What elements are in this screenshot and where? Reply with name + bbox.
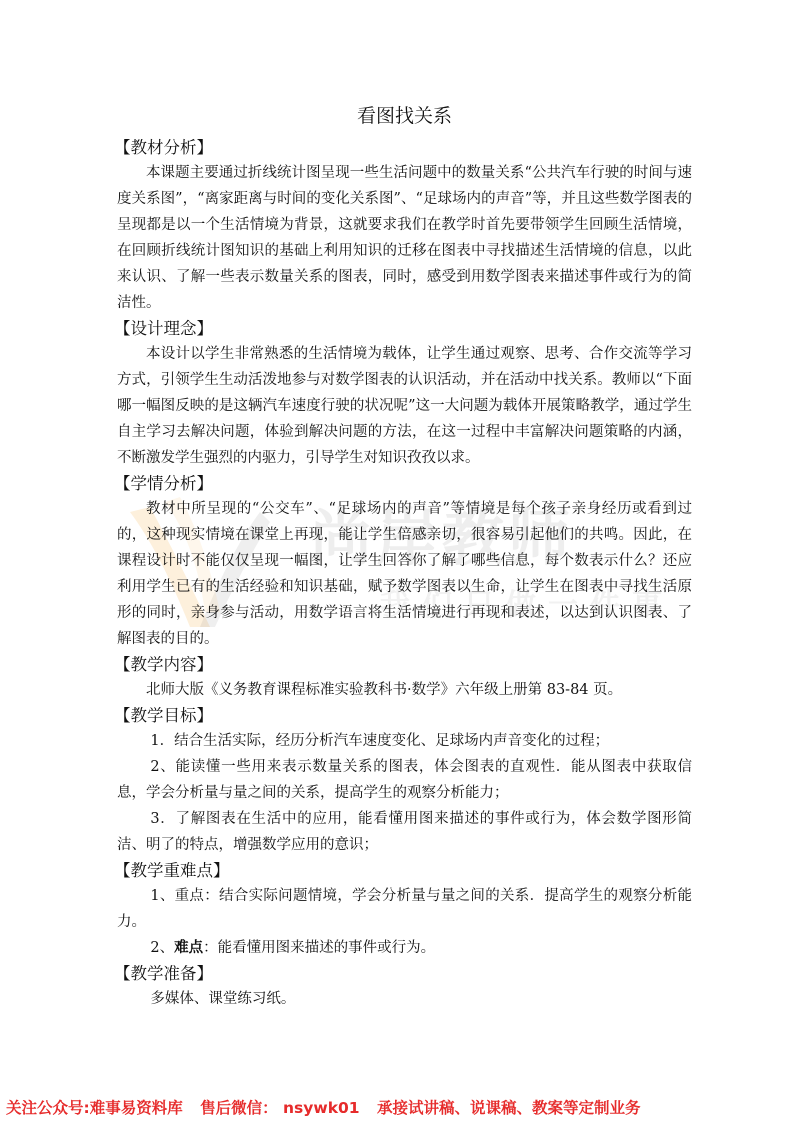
goal-item: 2、能读懂一些用来表示数量关系的图表，体会图表的直观性．能从图表中获取信息，学会… [117,754,692,806]
key-point: 1、重点：结合实际问题情境，学会分析量与量之间的关系．提高学生的观察分析能力。 [117,883,692,935]
section-heading-student-analysis: 【学情分析】 [114,471,692,496]
difficult-text: ：能看懂用图来描述的事件或行为。 [203,940,435,956]
footer-wechat-text: 售后微信： nsywk01 [200,1099,359,1117]
goal-item: 3．了解图表在生活中的应用，能看懂用图来描述的事件或行为，体会数学图形简洁、明了… [117,806,692,858]
section-heading-key-difficult-points: 【教学重难点】 [114,858,692,883]
section-heading-preparation: 【教学准备】 [114,961,692,986]
section-heading-teaching-content: 【教学内容】 [114,652,692,677]
section-paragraph: 多媒体、课堂练习纸。 [117,986,692,1012]
footer-follow-text: 关注公众号:难事易资料库 [6,1099,183,1117]
promo-footer: 关注公众号:难事易资料库 售后微信： nsywk01 承接试讲稿、说课稿、教案等… [6,1096,792,1118]
section-paragraph: 教材中所呈现的“公交车”、“足球场内的声音”等情境是每个孩子亲身经历或看到过的，… [117,496,692,652]
footer-service-text: 承接试讲稿、说课稿、教案等定制业务 [377,1099,641,1117]
goal-item: 1．结合生活实际，经历分析汽车速度变化、足球场内声音变化的过程； [117,728,692,754]
section-paragraph: 本课题主要通过折线统计图呈现一些生活问题中的数量关系“公共汽车行驶的时间与速度关… [117,160,692,316]
section-heading-design-concept: 【设计理念】 [114,316,692,341]
difficult-point: 2、难点：能看懂用图来描述的事件或行为。 [117,935,692,961]
section-heading-teaching-goals: 【教学目标】 [114,703,692,728]
document-page: 看图找关系 【教材分析】 本课题主要通过折线统计图呈现一些生活问题中的数量关系“… [117,103,692,1012]
document-title: 看图找关系 [117,103,692,129]
section-paragraph: 本设计以学生非常熟悉的生活情境为载体，让学生通过观察、思考、合作交流等学习方式，… [117,341,692,471]
section-paragraph: 北师大版《义务教育课程标准实验教科书·数学》六年级上册第 83-84 页。 [117,677,692,703]
section-heading-material-analysis: 【教材分析】 [114,135,692,160]
difficult-label: 难点 [174,939,203,956]
difficult-prefix: 2、 [150,940,174,956]
